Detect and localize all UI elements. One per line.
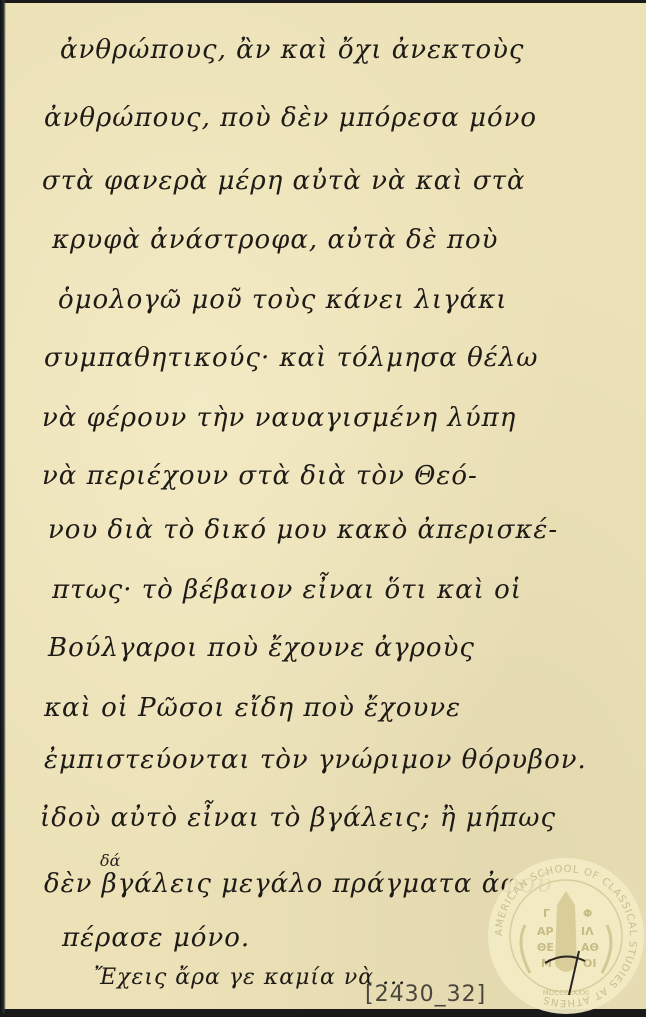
svg-text:Μ: Μ	[541, 957, 552, 970]
text-line-1: ἀνθρώπους, ἂν καὶ ὄχι ἀνεκτοὺς	[60, 35, 524, 65]
svg-text:ΑΡ: ΑΡ	[537, 925, 554, 938]
text-line-13: ἐμπιστεύονται τὸν γνώριμον θόρυβον.	[44, 745, 587, 775]
svg-text:ΘΕ: ΘΕ	[537, 941, 554, 954]
text-line-16: πέρασε μόνο.	[62, 923, 250, 953]
text-line-6: συμπαθητικούς· καὶ τόλμησα θέλω	[44, 343, 538, 373]
interlinear-note: δά	[100, 851, 120, 870]
svg-text:ΟΙ: ΟΙ	[583, 957, 596, 970]
svg-text:Φ: Φ	[583, 907, 592, 920]
svg-text:MDCCCLXXXI: MDCCCLXXXI	[543, 989, 589, 997]
svg-text:ΑΘ: ΑΘ	[581, 941, 599, 954]
text-line-12: καὶ οἱ Ρῶσοι εἴδη ποὺ ἔχουνε	[44, 693, 461, 723]
archive-number: [2430_32]	[365, 982, 486, 1007]
text-line-2: ἀνθρώπους, ποὺ δὲν μπόρεσα μόνο	[44, 103, 537, 133]
text-line-11: Βούλγαροι ποὺ ἔχουνε ἀγροὺς	[48, 633, 475, 663]
svg-text:Γ: Γ	[543, 907, 550, 920]
institution-seal-icon: AMERICAN SCHOOL OF CLASSICAL STUDIES AT …	[485, 855, 646, 1013]
text-line-10: πτως· τὸ βέβαιον εἶναι ὅτι καὶ οἱ	[52, 575, 522, 605]
text-line-7: νὰ φέρουν τὴν ναυαγισμένη λύπη	[42, 403, 516, 433]
scan-edge	[0, 0, 6, 1013]
text-line-8: νὰ περιέχουν στὰ διὰ τὸν Θεό-	[42, 461, 478, 491]
text-line-17: Ἔχεις ἄρα γε καμία νὰ ...	[94, 965, 406, 990]
text-line-3: στὰ φανερὰ μέρη αὐτὰ νὰ καὶ στὰ	[42, 166, 526, 196]
text-line-9: νου διὰ τὸ δικό μου κακὸ ἀπερισκέ-	[48, 515, 558, 545]
text-line-5: ὁμολογῶ μοῦ τοὺς κάνει λιγάκι	[58, 285, 507, 315]
svg-text:ΙΛ: ΙΛ	[581, 925, 594, 938]
text-line-14: ἰδοὺ αὐτὸ εἶναι τὸ βγάλεις; ἢ μήπως	[40, 803, 556, 833]
text-line-15: δὲν βγάλεις μεγάλο πράγματα ἀφοῦ	[44, 869, 553, 899]
text-line-4: κρυφὰ ἀνάστροφα, αὐτὰ δὲ ποὺ	[52, 225, 498, 255]
